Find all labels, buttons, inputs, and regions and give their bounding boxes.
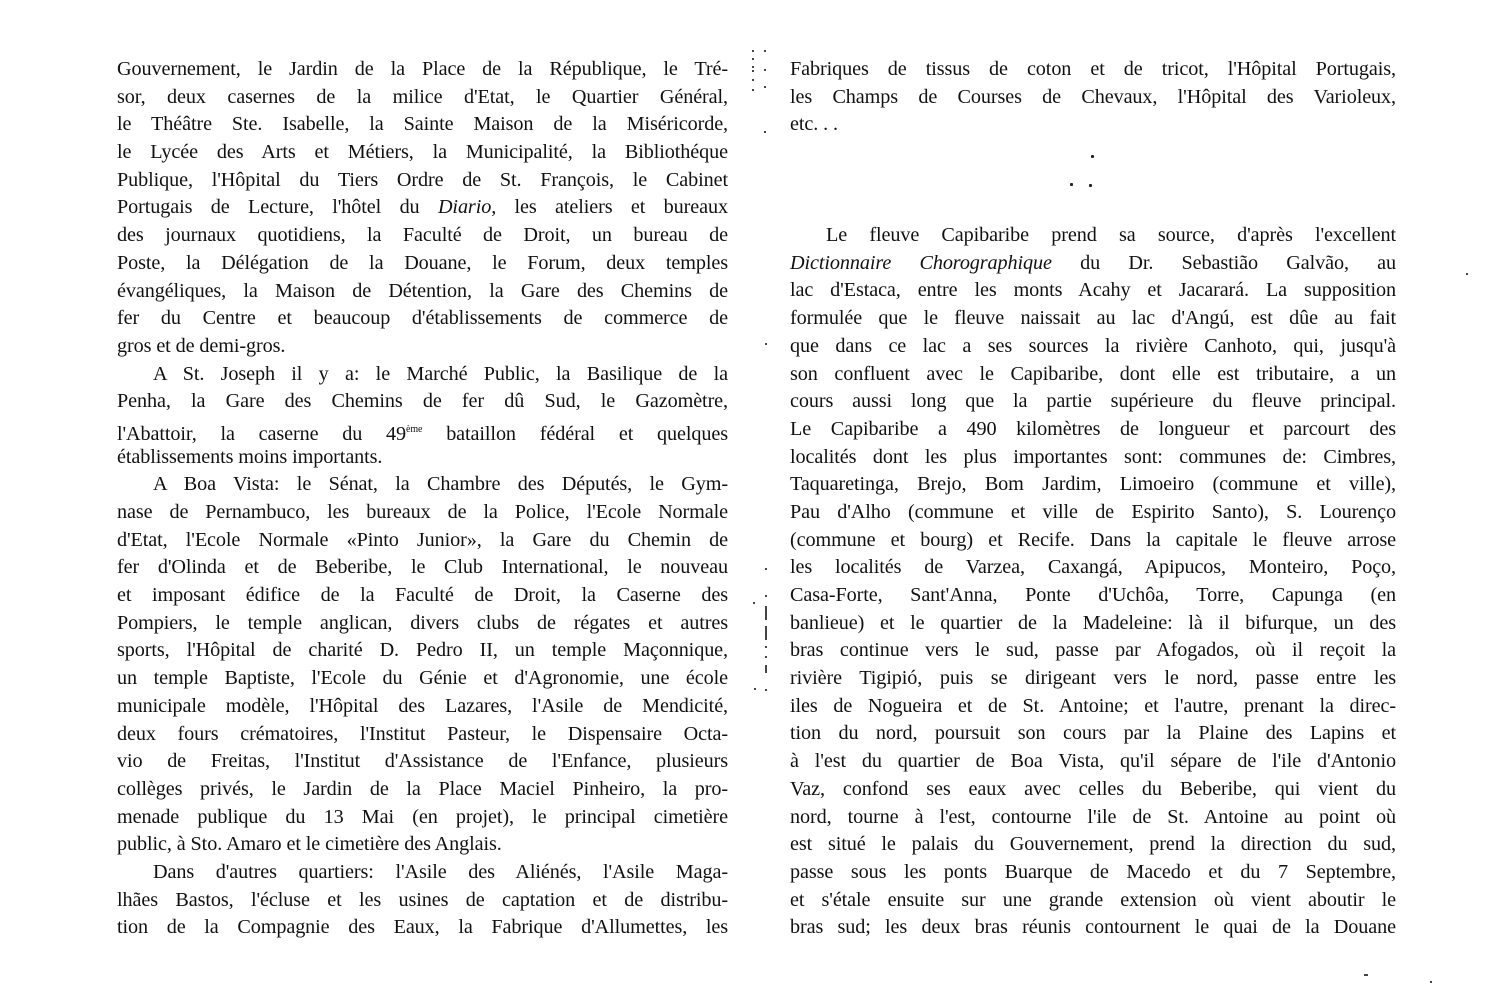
italic-title: Dictionnaire Chorographique [790, 252, 1052, 274]
text-line: Casa-Forte, Sant'Anna, Ponte d'Uchôa, To… [790, 582, 1396, 610]
text-line: (commune et bourg) et Recife. Dans la ca… [790, 527, 1396, 555]
text-line: Gouvernement, le Jardin de la Place de l… [117, 56, 728, 84]
text-line: bras continue vers le sud, passe par Afo… [790, 637, 1396, 665]
text-line: etc. . . [790, 111, 1396, 139]
text-line: les localités de Varzea, Caxangá, Apipuc… [790, 554, 1396, 582]
text-line: lac d'Estaca, entre les monts Acahy et J… [790, 277, 1396, 305]
text-line: tion du nord, poursuit son cours par la … [790, 720, 1396, 748]
text-line: le Lycée des Arts et Métiers, la Municip… [117, 139, 728, 167]
text-line: municipale modèle, l'Hôpital des Lazares… [117, 693, 728, 721]
text-line: vio de Freitas, l'Institut d'Assistance … [117, 748, 728, 776]
text-line: est situé le palais du Gouvernement, pre… [790, 831, 1396, 859]
text-line: deux fours crématoires, l'Institut Paste… [117, 721, 728, 749]
text-segment: du Dr. Sebastião Galvão, au [1052, 252, 1396, 274]
text-line: sor, deux casernes de la milice d'Etat, … [117, 84, 728, 112]
text-line: Portugais de Lecture, l'hôtel du Diario,… [117, 194, 728, 222]
text-line: Le Capibaribe a 490 kilomètres de longue… [790, 416, 1396, 444]
text-line: un temple Baptiste, l'Ecole du Génie et … [117, 665, 728, 693]
paragraph-start-line: A St. Joseph il y a: le Marché Public, l… [117, 361, 728, 389]
text-line: public, à Sto. Amaro et le cimetière des… [117, 831, 728, 859]
text-segment: Portugais de Lecture, l'hôtel du [117, 196, 438, 218]
text-line: à l'est du quartier de Boa Vista, qu'il … [790, 748, 1396, 776]
text-line: tion de la Compagnie des Eaux, la Fabriq… [117, 914, 728, 942]
text-line: l'Abattoir, la caserne du 49ème bataillo… [117, 416, 728, 444]
text-line: fer du Centre et beaucoup d'établissemen… [117, 305, 728, 333]
scanned-page: Gouvernement, le Jardin de la Place de l… [0, 0, 1510, 1005]
text-line: des journaux quotidiens, la Faculté de D… [117, 222, 728, 250]
text-line: Pau d'Alho (commune et ville de Espirito… [790, 499, 1396, 527]
text-line: cours aussi long que la partie supérieur… [790, 388, 1396, 416]
text-line: menade publique du 13 Mai (en projet), l… [117, 804, 728, 832]
text-line: Poste, la Délégation de la Douane, le Fo… [117, 250, 728, 278]
text-line: sports, l'Hôpital de charité D. Pedro II… [117, 637, 728, 665]
text-line: passe sous les ponts Buarque de Macedo e… [790, 859, 1396, 887]
text-line: localités dont les plus importantes sont… [790, 444, 1396, 472]
text-line: fer d'Olinda et de Beberibe, le Club Int… [117, 554, 728, 582]
text-line: d'Etat, l'Ecole Normale «Pinto Junior», … [117, 527, 728, 555]
asterism-ornament-icon [1060, 150, 1110, 195]
text-line: Fabriques de tissus de coton et de trico… [790, 56, 1396, 84]
text-line: évangéliques, la Maison de Détention, la… [117, 278, 728, 306]
paragraph-start-line: A Boa Vista: le Sénat, la Chambre des Dé… [117, 471, 728, 499]
text-line: nord, tourne à l'est, contourne l'ile de… [790, 804, 1396, 832]
italic-title: Diario, [438, 196, 496, 218]
text-line: rivière Tigipió, puis se dirigeant vers … [790, 665, 1396, 693]
text-line: Penha, la Gare des Chemins de fer dû Sud… [117, 388, 728, 416]
text-line: nase de Pernambuco, les bureaux de la Po… [117, 499, 728, 527]
text-line: le Théâtre Ste. Isabelle, la Sainte Mais… [117, 111, 728, 139]
text-line: lhães Bastos, l'écluse et les usines de … [117, 887, 728, 915]
text-line: établissements moins importants. [117, 444, 728, 472]
superscript: ème [406, 424, 422, 435]
text-line: les Champs de Courses de Chevaux, l'Hôpi… [790, 84, 1396, 112]
text-line: collèges privés, le Jardin de la Place M… [117, 776, 728, 804]
text-segment: les ateliers et bureaux [496, 196, 728, 218]
paragraph-start-line: Le fleuve Capibaribe prend sa source, d'… [790, 222, 1396, 250]
text-line: formulée que le fleuve naissait au lac d… [790, 305, 1396, 333]
text-segment: bataillon fédéral et quelques [422, 423, 728, 445]
text-line: gros et de demi-gros. [117, 333, 728, 361]
text-segment: l'Abattoir, la caserne du 49 [117, 423, 406, 445]
left-column: Gouvernement, le Jardin de la Place de l… [117, 56, 728, 942]
text-line: Taquaretinga, Brejo, Bom Jardim, Limoeir… [790, 471, 1396, 499]
text-line: Pompiers, le temple anglican, divers clu… [117, 610, 728, 638]
text-line: et imposant édifice de la Faculté de Dro… [117, 582, 728, 610]
text-line: Dictionnaire Chorographique du Dr. Sebas… [790, 250, 1396, 278]
text-line: Vaz, confond ses eaux avec celles du Beb… [790, 776, 1396, 804]
text-line: et s'étale ensuite sur une grande extens… [790, 887, 1396, 915]
text-line: bras sud; les deux bras réunis contourne… [790, 914, 1396, 942]
text-line: iles de Nogueira et de St. Antoine; et l… [790, 693, 1396, 721]
text-line: Publique, l'Hôpital du Tiers Ordre de St… [117, 167, 728, 195]
text-line: que dans ce lac a ses sources la rivière… [790, 333, 1396, 361]
text-line: banlieue) et le quartier de la Madeleine… [790, 610, 1396, 638]
paragraph-start-line: Dans d'autres quartiers: l'Asile des Ali… [117, 859, 728, 887]
text-line: son confluent avec le Capibaribe, dont e… [790, 361, 1396, 389]
